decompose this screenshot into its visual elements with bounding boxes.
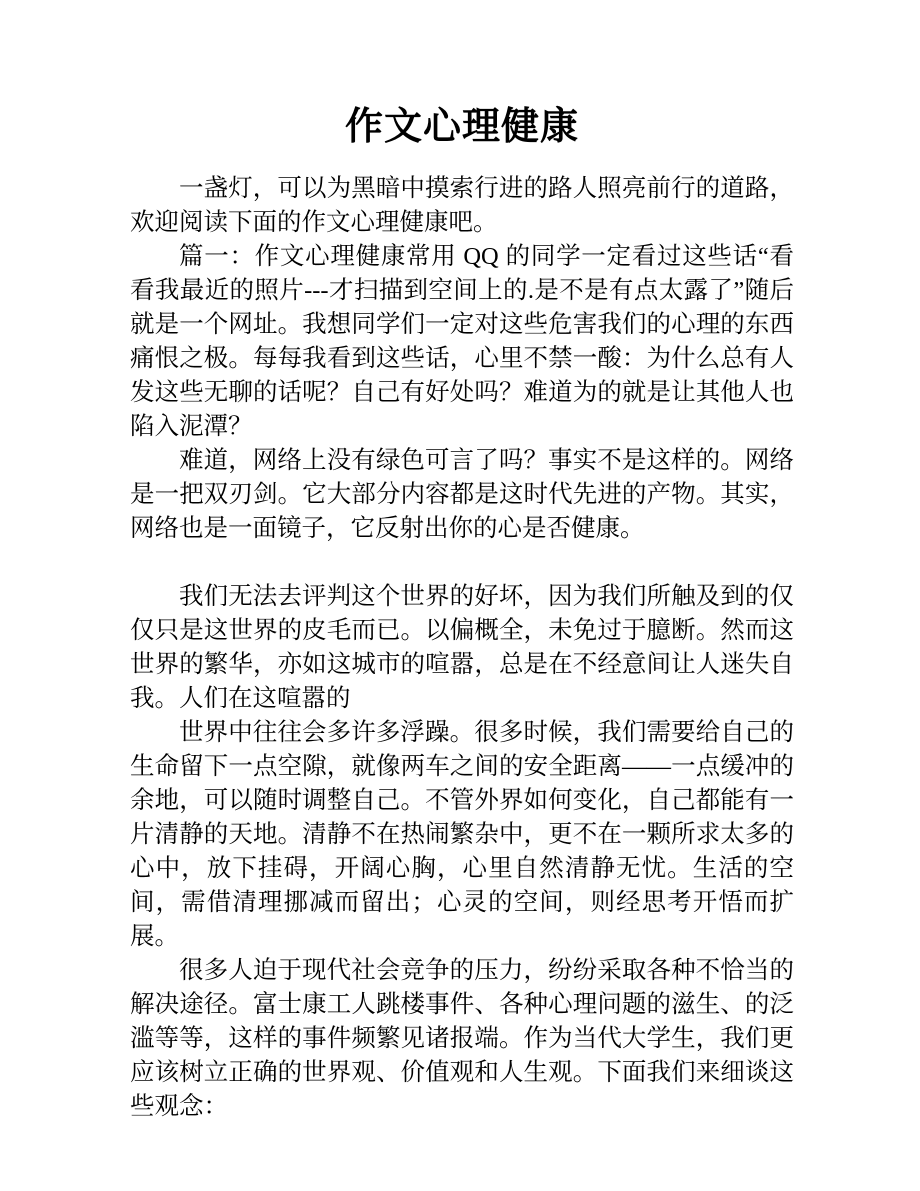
text-column: 作文心理健康 一盏灯，可以为黑暗中摸索行进的路人照亮前行的道路，欢迎阅读下面的作…: [130, 104, 794, 1124]
document-page: 作文心理健康 一盏灯，可以为黑暗中摸索行进的路人照亮前行的道路，欢迎阅读下面的作…: [0, 0, 920, 1191]
paragraph-quiet-space: 世界中往往会多许多浮躁。很多时候，我们需要给自己的生命留下一点空隙，就像两车之间…: [130, 716, 794, 954]
blank-line: [130, 546, 794, 580]
document-body: 一盏灯，可以为黑暗中摸索行进的路人照亮前行的道路，欢迎阅读下面的作文心理健康吧。…: [130, 172, 794, 1124]
document-title: 作文心理健康: [130, 104, 794, 150]
paragraph-part-one: 篇一：作文心理健康常用 QQ 的同学一定看过这些话“看看我最近的照片---才扫描…: [130, 240, 794, 444]
paragraph-social-pressure: 很多人迫于现代社会竞争的压力，纷纷采取各种不恰当的解决途径。富士康工人跳楼事件、…: [130, 954, 794, 1124]
paragraph-judging-world: 我们无法去评判这个世界的好坏，因为我们所触及到的仅仅只是这世界的皮毛而已。以偏概…: [130, 580, 794, 716]
paragraph-intro: 一盏灯，可以为黑暗中摸索行进的路人照亮前行的道路，欢迎阅读下面的作文心理健康吧。: [130, 172, 794, 240]
paragraph-network-mirror: 难道，网络上没有绿色可言了吗？事实不是这样的。网络是一把双刃剑。它大部分内容都是…: [130, 444, 794, 546]
